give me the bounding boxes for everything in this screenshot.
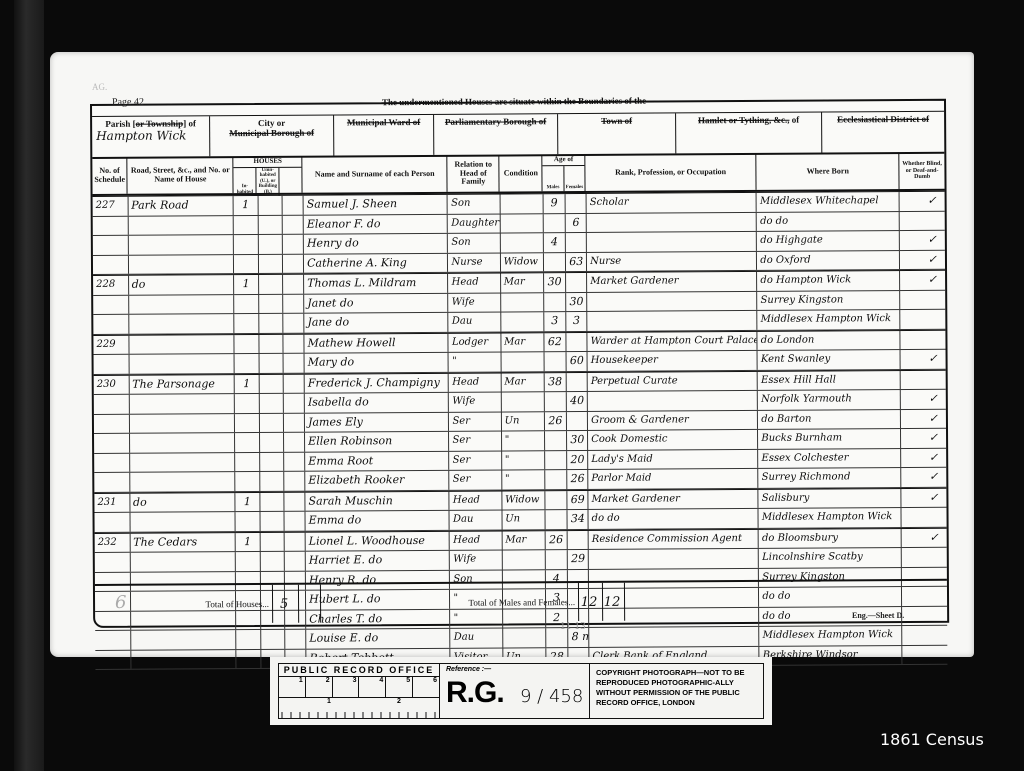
condition-cell: Un [502,510,545,529]
uninhabited-cell [259,275,284,294]
birthplace-cell: do Bloomsbury [759,529,902,548]
total-females-cell: 12 [603,583,625,621]
name-cell: Ellen Robinson [305,432,450,451]
condition-cell: " [502,451,545,470]
header-road: Road, Street, &c., and No. or Name of Ho… [128,157,234,194]
schedule-cell: 232 [95,533,131,552]
boundary-label: Ecclesiastical District of [826,114,940,125]
blind-deaf-cell [900,310,945,329]
ruler-inch-1: 1 [327,698,331,705]
occupation-cell: Cook Domestic [588,430,758,450]
boundary-label: Town of [562,115,671,126]
birthplace-cell: Kent Swanley [758,350,901,369]
total-males-value: 12 [581,594,598,609]
reference-label: Reference :— [446,666,583,673]
condition-cell: Widow [501,253,544,272]
schedule-cell [94,453,130,472]
occupation-cell: Lady's Maid [588,449,758,469]
relation-cell: Wife [449,293,501,312]
blind-deaf-cell: ✓ [901,488,946,507]
schedule-cell: 228 [93,276,129,295]
public-record-office-ruler: PUBLIC RECORD OFFICE 1 2 3 4 5 6 1 2 [278,663,440,719]
name-cell: Jane do [304,313,449,332]
road-cell [129,335,235,354]
male-age-cell [545,470,568,489]
female-age-cell: 6 [566,213,587,232]
uninhabited-cell [259,334,284,353]
male-age-cell: 9 [543,194,566,213]
inhabited-cell: 1 [235,374,260,393]
building-cell [283,215,304,234]
building-cell [284,314,305,333]
header-building [280,167,302,196]
birthplace-cell: Surrey Richmond [759,468,902,487]
uninhabited-cell [260,492,285,511]
building-cell [283,196,304,215]
header-born: Where Born [757,153,900,190]
building-cell [285,532,306,551]
inhabited-cell [235,394,260,413]
page-number: Page 42 [112,97,144,108]
uninhabited-cell [260,433,285,452]
boundary-label: Parish [or Township] of [96,118,205,129]
inhabited-cell [235,433,260,452]
condition-cell: Widow [502,491,545,510]
census-form: Page 42 The undermentioned Houses are si… [90,99,949,628]
female-age-cell: 69 [568,490,589,509]
building-cell [284,374,305,393]
blind-deaf-cell: ✓ [901,468,946,487]
boundary-label-text: City or [258,118,285,128]
building-cell [285,472,306,491]
birthplace-cell: Salisbury [759,489,902,508]
birthplace-cell: Bucks Burnham [758,429,901,448]
building-cell [284,433,305,452]
inhabited-cell [234,235,259,254]
name-cell: Henry do [304,234,449,253]
schedule-cell: 229 [93,335,129,354]
relation-cell: Dau [451,628,503,647]
blind-deaf-cell [901,508,946,527]
schedule-cell: 230 [94,375,130,394]
ruler-tick-1: 1 [279,677,306,697]
reference-box: Reference :— R.G. 9 / 458 [440,663,590,719]
name-cell: Samuel J. Sheen [304,195,449,214]
inhabited-cell [237,649,262,668]
page-mark: AG. [92,82,107,92]
occupation-cell: Warder at Hampton Court Palace [588,331,758,351]
boundary-label-suffix: of [789,115,799,125]
birthplace-cell: Essex Colchester [758,449,901,468]
female-age-cell: 30 [566,292,587,311]
female-age-cell [568,530,589,549]
occupation-cell [587,291,757,311]
birthplace-cell: Middlesex Hampton Wick [759,508,902,527]
blind-deaf-cell: ✓ [901,448,946,467]
schedule-cell [93,216,129,235]
female-age-cell [566,194,587,213]
uninhabited-cell [261,630,286,649]
reference-strip: PUBLIC RECORD OFFICE 1 2 3 4 5 6 1 2 Ref… [270,657,772,725]
boundary-label: Hamlet or Tything, &c., of [680,115,817,126]
blind-deaf-cell: ✓ [901,390,946,409]
inhabited-cell [235,334,260,353]
header-inhabited: In-habited [234,168,257,197]
condition-cell: Mar [501,373,544,392]
condition-cell: Mar [501,273,544,292]
total-females-value: 12 [604,594,621,609]
inhabited-cell [236,552,261,571]
header-condition: Condition [500,155,543,191]
boundary-label-struck: or Township [136,118,184,128]
inhabited-cell [236,512,261,531]
uninhabited-cell [259,294,284,313]
name-cell: Emma Root [305,451,450,470]
road-cell [128,216,234,235]
road-cell [131,650,237,669]
occupation-cell: Market Gardener [588,489,758,509]
road-cell [130,512,236,531]
column-header-row: No. of Schedule Road, Street, &c., and N… [92,153,944,196]
name-cell: Frederick J. Champigny [305,373,450,392]
blind-deaf-cell: ✓ [901,409,946,428]
header-name: Name and Surname of each Person [303,156,448,193]
header-males: Males [543,166,565,191]
birthplace-cell: Surrey Kingston [757,291,900,310]
total-persons-label: Total of Males and Females... [321,583,579,623]
blind-deaf-cell: ✓ [900,231,945,250]
road-cell [131,630,237,649]
image-caption: 1861 Census [880,730,984,749]
boundary-row: Parish [or Township] ofHampton WickCity … [92,111,944,159]
occupation-cell [587,212,757,232]
birthplace-cell: Norfolk Yarmouth [758,390,901,409]
name-cell: Lionel L. Woodhouse [306,531,451,550]
female-age-cell: 3 [567,312,588,331]
boundary-cell: Hamlet or Tything, &c., of [676,113,822,154]
condition-cell [501,293,544,312]
road-cell: do [130,493,236,512]
blind-deaf-cell: ✓ [899,192,944,211]
inhabited-cell: 1 [236,492,261,511]
blind-deaf-cell: ✓ [901,429,946,448]
boundary-cell: Ecclesiastical District of [822,112,944,153]
schedule-cell [94,414,130,433]
name-cell: Sarah Muschin [305,491,450,510]
ruler-inch-2: 2 [397,698,401,705]
name-cell: Harriet E. do [306,551,451,570]
pencil-totals-note: 11 13 [560,622,586,632]
relation-cell: Daughter [448,214,500,233]
ruler-cm: 1 2 3 4 5 6 [279,677,439,698]
building-cell [284,334,305,353]
inhabited-cell [235,314,260,333]
inhabited-cell [234,294,259,313]
road-cell [130,453,236,472]
boundary-label: Municipal Ward of [338,117,429,128]
road-cell [130,433,236,452]
schedule-cell [94,513,130,532]
condition-cell: " [502,470,545,489]
occupation-cell: Perpetual Curate [588,371,758,391]
condition-cell [503,628,546,647]
female-age-cell: 34 [568,510,589,529]
building-cell [283,275,304,294]
female-age-cell: 60 [567,352,588,371]
name-cell: Isabella do [305,393,450,412]
relation-cell: Ser [449,431,501,450]
relation-cell: Head [450,531,502,550]
condition-cell [501,392,544,411]
male-age-cell [545,510,568,529]
ruler-tick-4: 4 [359,677,386,697]
total-blank-a [299,585,321,623]
uninhabited-cell [260,472,285,491]
road-cell: Park Road [128,196,234,215]
name-cell: James Ely [305,412,450,431]
building-cell [284,413,305,432]
boundary-label-struck: Ecclesiastical District of [837,114,929,125]
relation-cell: Head [449,273,501,292]
inhabited-cell: 1 [234,196,259,215]
inhabited-cell [234,254,259,273]
condition-cell [501,312,544,331]
male-age-cell: 26 [545,412,568,431]
blind-deaf-cell [900,330,945,349]
female-age-cell [566,233,587,252]
condition-cell: " [502,431,545,450]
totals-row: Total of Houses... 5 Total of Males and … [95,579,947,624]
male-age-cell [544,253,567,272]
birthplace-cell: do Oxford [757,251,900,270]
schedule-cell [93,236,129,255]
occupation-cell [587,232,757,252]
schedule-cell: 231 [94,493,130,512]
female-age-cell: 26 [568,470,589,489]
road-cell [129,295,235,314]
building-cell [285,630,306,649]
male-age-cell [545,431,568,450]
male-age-cell [543,214,566,233]
occupation-cell: Parlor Maid [588,469,758,489]
occupation-cell: do do [589,509,759,529]
schedule-cell [95,553,131,572]
total-houses-number: 5 [280,596,288,611]
form-heading: The undermentioned Houses are situate wi… [382,96,646,108]
uninhabited-cell [259,374,284,393]
occupation-cell [587,311,757,331]
male-age-cell: 38 [544,373,567,392]
relation-cell: Nurse [448,253,500,272]
ruler-tick-5: 5 [386,677,413,697]
condition-cell [500,233,543,252]
boundary-label-struck: Parliamentary Borough of [445,116,546,127]
boundary-value: Hampton Wick [96,128,205,143]
blind-deaf-cell [902,645,947,664]
blind-deaf-cell: ✓ [900,250,945,269]
uninhabited-cell [260,532,285,551]
birthplace-cell: do Highgate [757,231,900,250]
reference-piece: 9 / 458 [520,686,583,707]
total-houses-value: 5 [273,585,299,623]
condition-cell [500,214,543,233]
female-age-cell: 20 [567,450,588,469]
road-cell [129,314,235,333]
inhabited-cell [235,413,260,432]
name-cell: Louise E. do [306,629,451,648]
female-age-cell [566,273,587,292]
boundary-cell: City orMunicipal Borough of [210,116,334,157]
schedule-cell [95,631,131,650]
name-cell: Mathew Howell [305,333,450,352]
birthplace-cell: do Barton [758,410,901,429]
road-cell [129,255,235,274]
blind-deaf-cell: ✓ [900,350,945,369]
uninhabited-cell [258,215,283,234]
name-cell: Thomas L. Mildram [304,274,449,293]
office-title: PUBLIC RECORD OFFICE [279,664,439,677]
boundary-label: Parliamentary Borough of [438,116,553,127]
ruler-tick-3: 3 [333,677,360,697]
road-cell [129,394,235,413]
uninhabited-cell [259,254,284,273]
male-age-cell: 30 [544,273,567,292]
occupation-cell [589,627,759,647]
occupation-cell: Housekeeper [588,351,758,371]
inhabited-cell [236,630,261,649]
relation-cell: Ser [450,470,502,489]
ruler-tick-2: 2 [306,677,333,697]
condition-cell: Mar [501,333,544,352]
schedule-cell: 227 [93,197,129,216]
birthplace-cell: Lincolnshire Scatby [759,548,902,567]
uninhabited-cell [259,235,284,254]
inhabited-cell [235,354,260,373]
ruler-inch: 1 2 [279,698,439,718]
birthplace-cell: do do [757,212,900,231]
blind-deaf-cell [900,290,945,309]
copyright-notice: COPYRIGHT PHOTOGRAPH—NOT TO BE REPRODUCE… [590,663,764,719]
uninhabited-cell [260,512,285,531]
boundary-label-struck: Municipal Borough of [229,128,314,139]
condition-cell [501,352,544,371]
relation-cell: Ser [450,451,502,470]
relation-cell: Son [448,233,500,252]
occupation-cell: Market Gardener [587,272,757,292]
relation-cell: Dau [450,510,502,529]
road-cell: The Cedars [130,533,236,552]
name-cell: Elizabeth Rooker [305,471,450,490]
condition-cell [500,194,543,213]
header-age-label: Age of [543,155,585,166]
relation-cell: Head [450,491,502,510]
building-cell [284,354,305,373]
occupation-cell: Groom & Gardener [588,410,758,430]
road-cell: The Parsonage [129,375,235,394]
building-cell [285,512,306,531]
female-age-cell: 40 [567,392,588,411]
relation-cell: Wife [450,550,502,569]
schedule-cell [94,395,130,414]
schedule-cell [93,255,129,274]
relation-cell: Son [448,194,500,213]
inhabited-cell: 1 [236,532,261,551]
header-blind: Whether Blind, or Deaf-and-Dumb [900,153,945,189]
occupation-cell: Residence Commission Agent [589,529,759,549]
inhabited-cell [234,215,259,234]
building-cell [283,294,304,313]
male-age-cell: 3 [544,312,567,331]
female-age-cell [567,332,588,351]
road-cell [128,235,234,254]
building-cell [285,492,306,511]
blind-deaf-cell [902,548,947,567]
uninhabited-cell [260,413,285,432]
occupation-cell: Scholar [587,193,757,213]
margin-pencil-mark: 6 [115,592,126,613]
female-age-cell [567,372,588,391]
boundary-label-struck: Town of [601,116,632,126]
inhabited-cell [235,452,260,471]
uninhabited-cell [260,394,285,413]
relation-cell: Wife [449,392,501,411]
female-age-cell [567,411,588,430]
schedule-cell [93,295,129,314]
schedule-cell [95,650,131,669]
boundary-label-struck: Municipal Ward of [347,117,420,127]
blind-deaf-cell [901,370,946,389]
road-cell [130,552,236,571]
header-schedule: No. of Schedule [92,158,128,194]
condition-cell: Mar [502,531,545,550]
relation-cell: Dau [449,312,501,331]
male-age-cell [545,451,568,470]
sheet-label: Eng.—Sheet D. [852,611,904,620]
male-age-cell [544,352,567,371]
boundary-cell: Parish [or Township] ofHampton Wick [92,116,210,157]
road-cell [130,472,236,491]
boundary-cell: Parliamentary Borough of [434,114,558,155]
female-age-cell: 29 [568,550,589,569]
boundary-label-suffix: ] of [183,118,196,128]
male-age-cell: 26 [545,531,568,550]
occupation-cell [588,391,758,411]
header-houses: HOUSES In-habited Unin-habited (U.), or … [234,157,303,193]
birthplace-cell: do Hampton Wick [757,271,900,290]
male-age-cell [545,550,568,569]
schedule-cell [94,434,130,453]
birthplace-cell: Middlesex Hampton Wick [758,310,901,329]
relation-cell: Head [449,373,501,392]
relation-cell: Ser [449,412,501,431]
reference-series: R.G. [446,676,504,710]
schedule-cell [94,355,130,374]
condition-cell [502,550,545,569]
female-age-cell: 30 [567,431,588,450]
blind-deaf-cell: ✓ [900,271,945,290]
blind-deaf-cell [900,211,945,230]
header-uninhabited: Unin-habited (U.), or Building (B.) [257,168,280,197]
male-age-cell [544,293,567,312]
female-age-cell: 63 [566,252,587,271]
male-age-cell [545,491,568,510]
blind-deaf-cell [902,626,947,645]
schedule-cell [94,473,130,492]
boundary-cell: Municipal Ward of [334,115,434,156]
header-females: Females [564,166,585,191]
birthplace-cell: Middlesex Hampton Wick [760,626,903,645]
relation-cell: Lodger [449,333,501,352]
